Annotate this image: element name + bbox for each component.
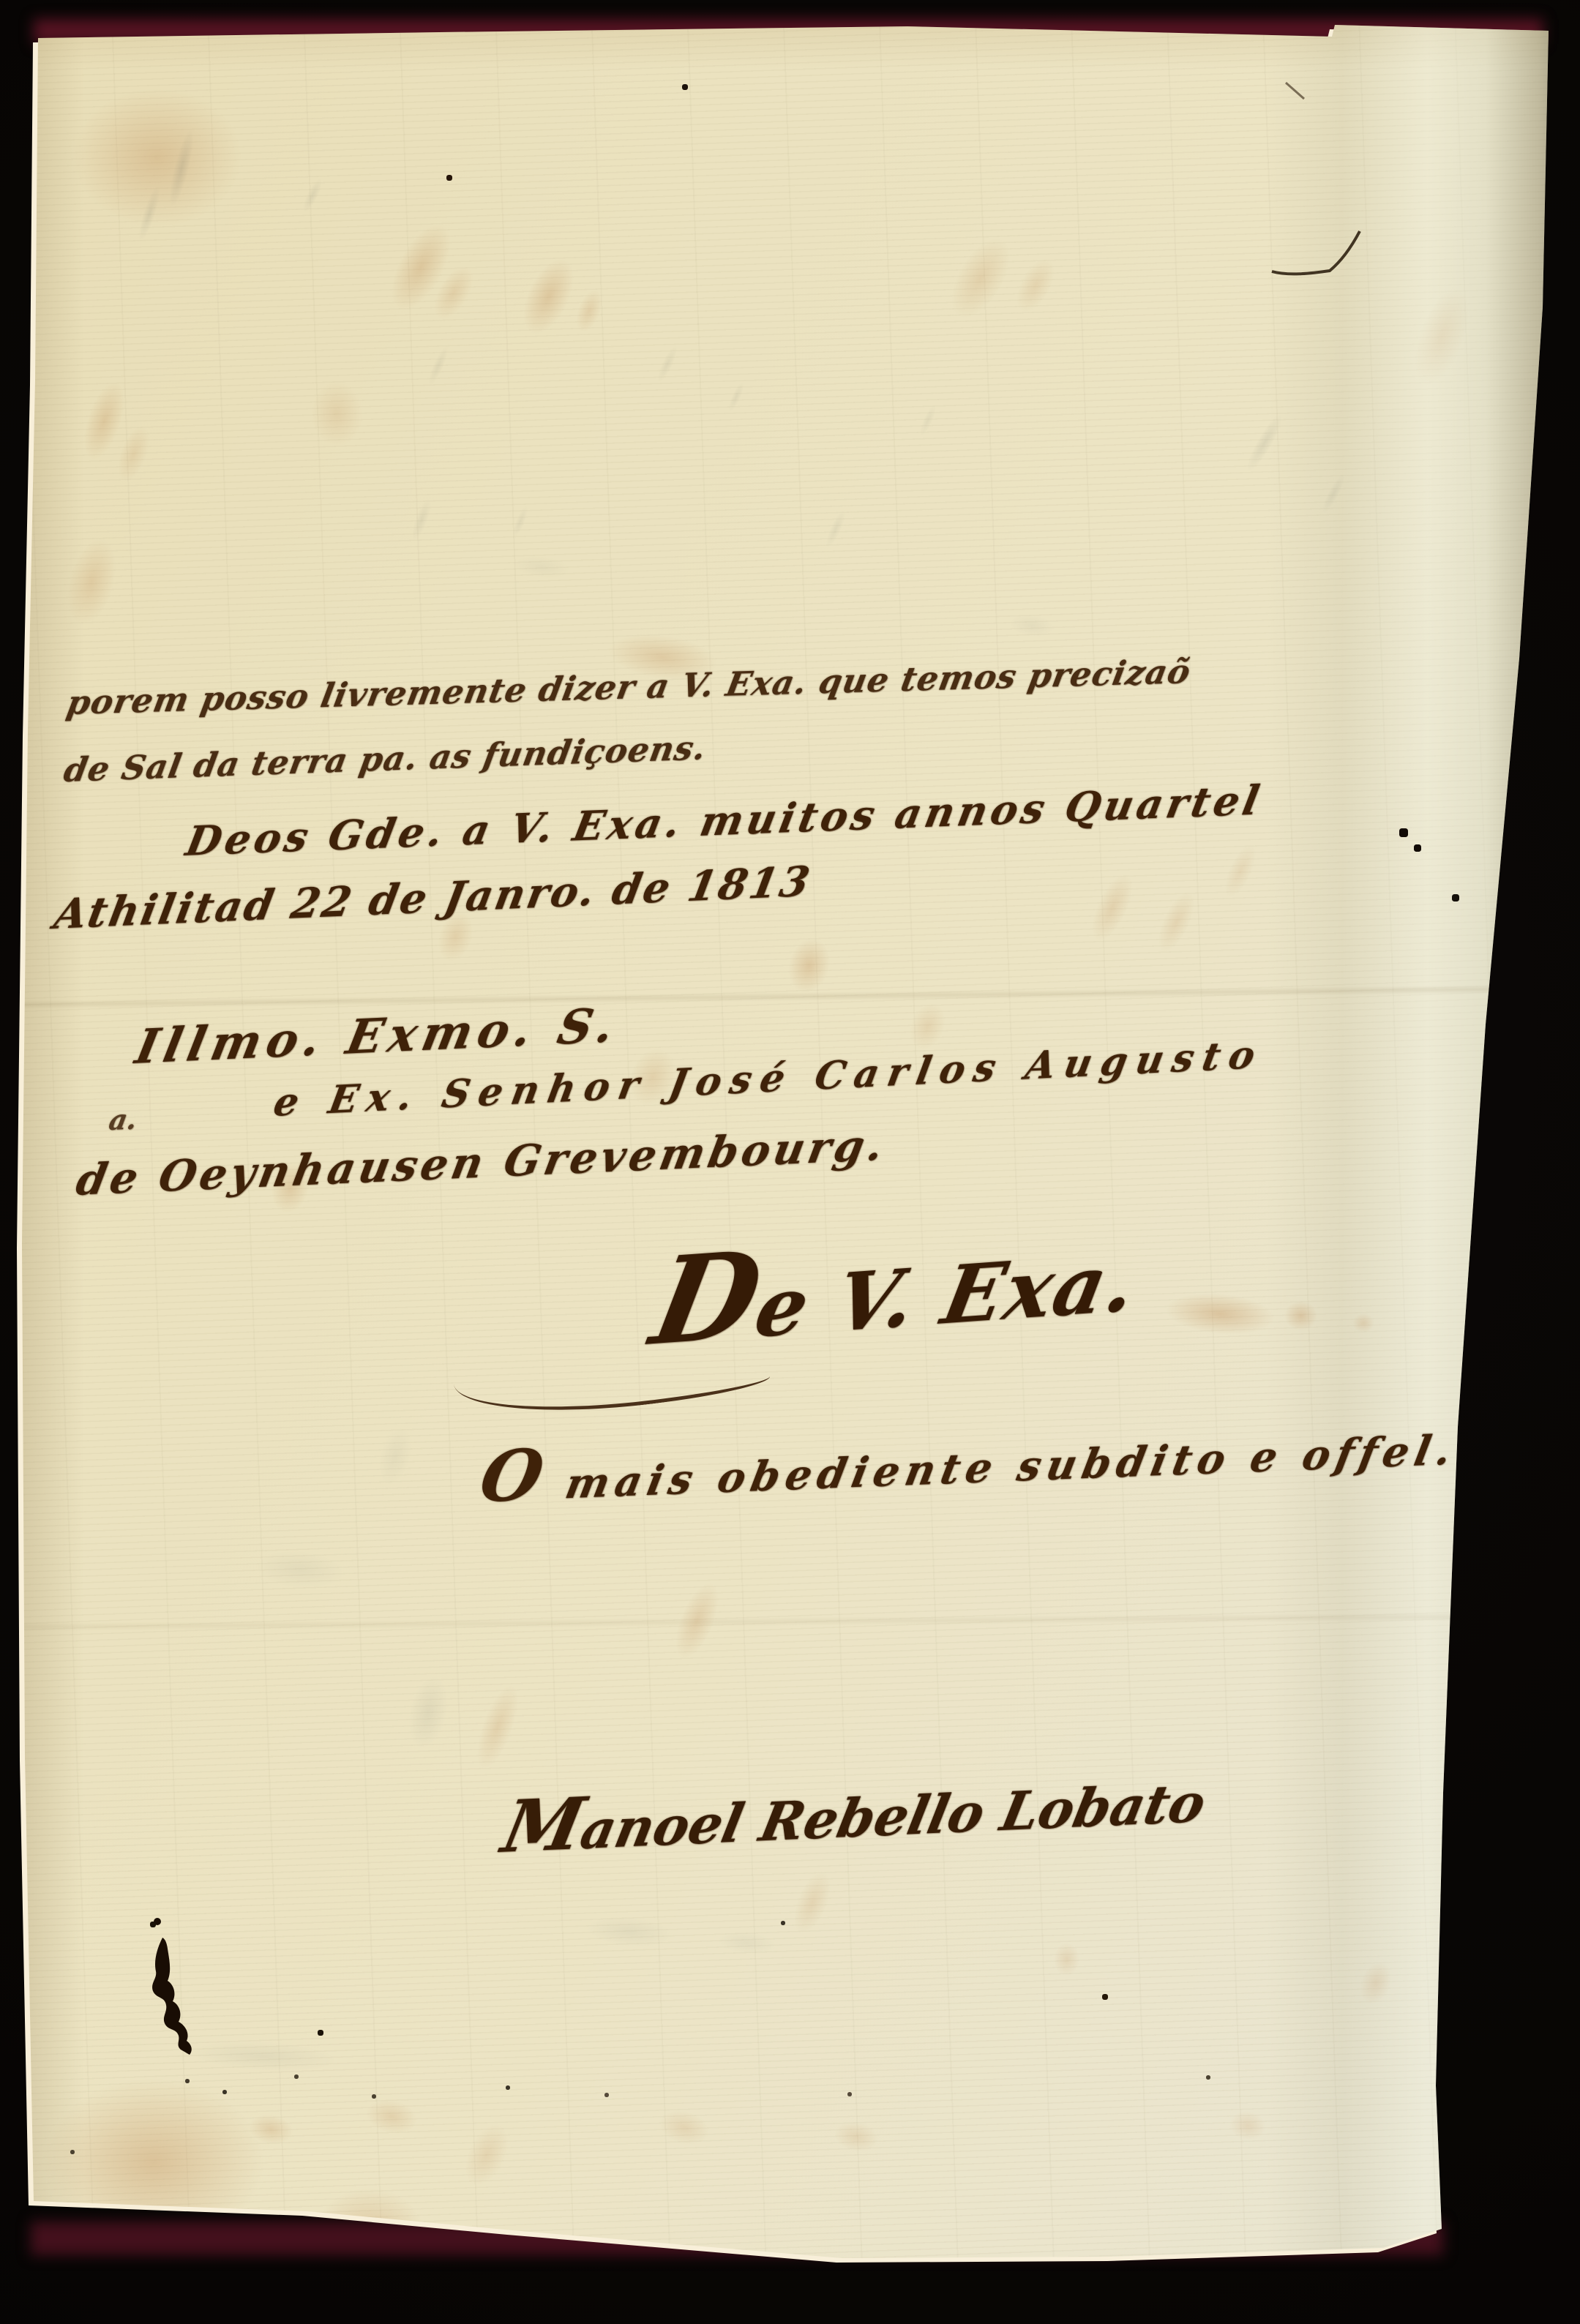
dust-specks bbox=[0, 0, 1, 1]
pen-flourish-underline bbox=[451, 1320, 771, 1428]
manuscript-addressee-prefix: a. bbox=[107, 1105, 140, 1134]
signature: Manoel Rebello Lobato bbox=[498, 1776, 1210, 1860]
manuscript-line-body-2: de Sal da terra pa. as fundiçoens. bbox=[61, 731, 709, 787]
manuscript-line-addressee-3: de Oeynhausen Grevembourg. bbox=[73, 1123, 890, 1202]
manuscript-line-salute: Deos Gde. a V. Exa. muitos annos Quartel bbox=[183, 779, 1266, 861]
manuscript-page: porem posso livremente dizer a V. Exa. q… bbox=[0, 0, 1580, 2324]
photo-backdrop: porem posso livremente dizer a V. Exa. q… bbox=[0, 0, 1580, 2324]
manuscript-line-addressee-1: Illmo. Exmo. S. bbox=[132, 1002, 624, 1071]
manuscript-line-dateline: Athilitad 22 de Janro. de 1813 bbox=[51, 861, 815, 935]
manuscript-line-valediction: O mais obediente subdito e offel. Ch. bbox=[476, 1425, 1575, 1508]
manuscript-line-body-1: porem posso livremente dizer a V. Exa. q… bbox=[64, 655, 1194, 719]
handwriting-layer: porem posso livremente dizer a V. Exa. q… bbox=[0, 0, 1580, 2324]
